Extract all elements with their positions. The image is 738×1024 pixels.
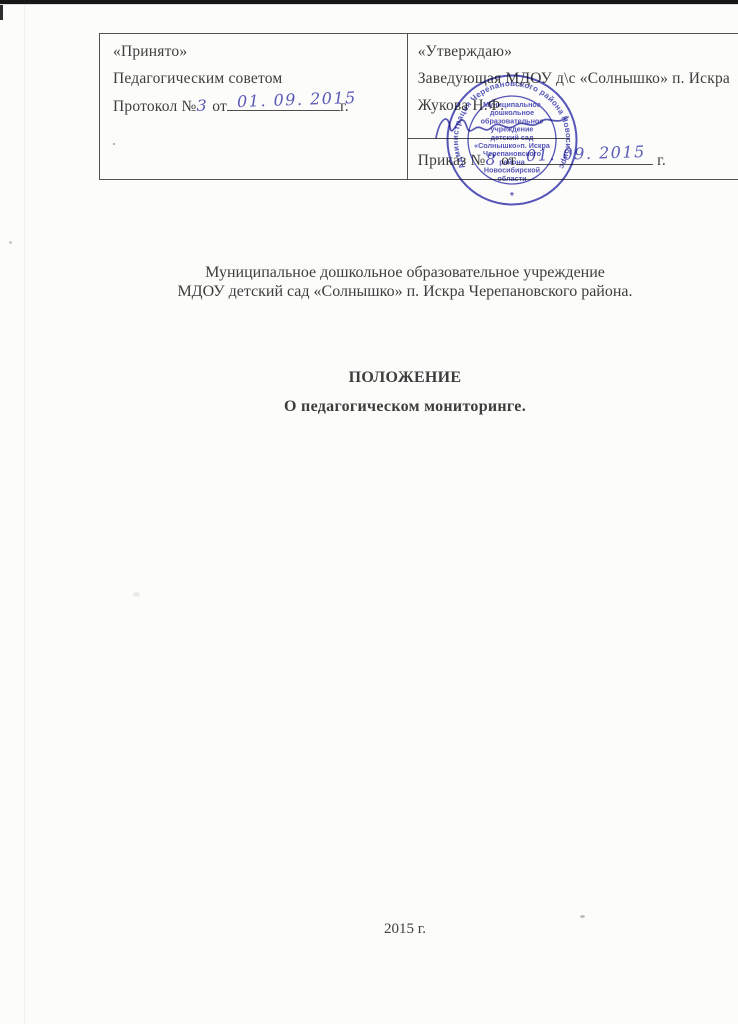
svg-text:области: области bbox=[497, 174, 526, 183]
approval-table: «Принято» Педагогическим советом Протоко… bbox=[99, 33, 738, 180]
approve-label: «Утверждаю» bbox=[418, 38, 730, 65]
document-subtitle: О педагогическом мониторинге. bbox=[72, 398, 738, 416]
organization-name-block: Муниципальное дошкольное образовательное… bbox=[72, 264, 738, 301]
scan-edge-artifact-corner bbox=[0, 5, 3, 20]
document-year: 2015 г. bbox=[72, 921, 738, 938]
organization-line-1: Муниципальное дошкольное образовательное… bbox=[72, 264, 738, 283]
scan-speck bbox=[133, 592, 140, 597]
organization-line-2: МДОУ детский сад «Солнышко» п. Искра Чер… bbox=[72, 283, 738, 302]
accepted-label: «Принято» bbox=[113, 38, 399, 65]
handwritten-protocol-date: 01. 09. 2015 bbox=[237, 84, 358, 115]
accepted-cell: «Принято» Педагогическим советом Протоко… bbox=[100, 34, 408, 179]
scan-speck bbox=[580, 915, 585, 918]
scan-fold-line bbox=[24, 0, 25, 1024]
handwritten-protocol-number: 3 bbox=[197, 96, 209, 115]
protocol-date-fill-line: 01. 09. 2015 bbox=[227, 95, 340, 111]
stamp-ring-star: * bbox=[510, 191, 514, 202]
scan-edge-artifact-top bbox=[0, 0, 738, 4]
handwritten-signature bbox=[430, 104, 580, 150]
scanned-document-page: «Принято» Педагогическим советом Протоко… bbox=[0, 0, 738, 1024]
scan-speck bbox=[9, 241, 12, 244]
protocol-line: Протокол №3 от01. 09. 2015г. bbox=[113, 92, 399, 120]
document-title: ПОЛОЖЕНИЕ bbox=[72, 369, 738, 387]
